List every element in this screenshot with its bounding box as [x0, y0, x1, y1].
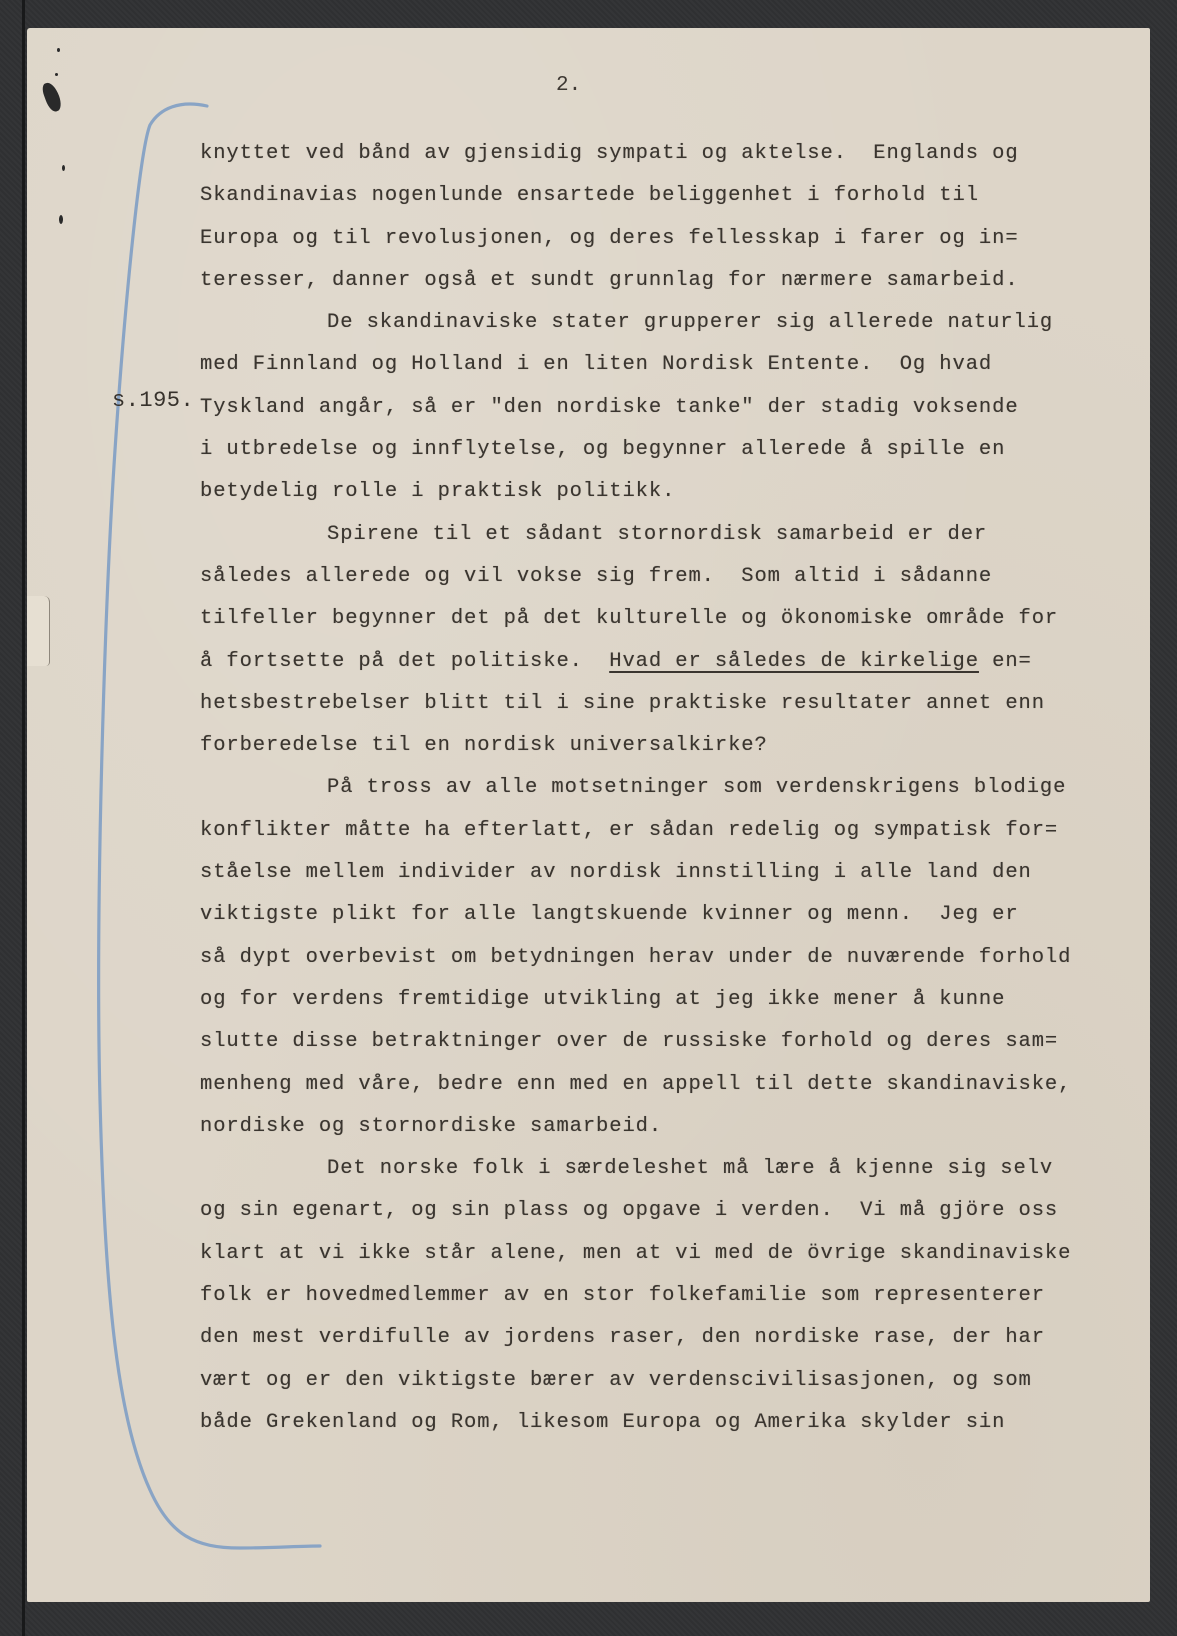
margin-page-reference: s.195. [112, 388, 194, 413]
text-line: vært og er den viktigste bærer av verden… [200, 1360, 1100, 1402]
ink-mark [55, 73, 58, 76]
paragraph-first-line: Spirene til et sådant stornordisk samarb… [200, 514, 1100, 556]
ink-mark [57, 48, 60, 52]
text-line: konflikter måtte ha efterlatt, er sådan … [200, 810, 1100, 852]
text-line: teresser, danner også et sundt grunnlag … [200, 260, 1100, 302]
text-line: således allerede og vil vokse sig frem. … [200, 556, 1100, 598]
ink-mark [59, 215, 63, 224]
underlined-phrase: Hvad er således de kirkelige [609, 650, 979, 673]
text-line: menheng med våre, bedre enn med en appel… [200, 1064, 1100, 1106]
text-line: Europa og til revolusjonen, og deres fel… [200, 218, 1100, 260]
typewritten-body: knyttet ved bånd av gjensidig sympati og… [200, 133, 1100, 1444]
ink-mark [62, 165, 65, 171]
text-line: Tyskland angår, så er "den nordiske tank… [200, 387, 1100, 429]
binding-edge [22, 0, 25, 1636]
paragraph-first-line: På tross av alle motsetninger som verden… [200, 767, 1100, 809]
text-line: tilfeller begynner det på det kulturelle… [200, 598, 1100, 640]
text-line: den mest verdifulle av jordens raser, de… [200, 1317, 1100, 1359]
text-line: og for verdens fremtidige utvikling at j… [200, 979, 1100, 1021]
text-line: i utbredelse og innflytelse, og begynner… [200, 429, 1100, 471]
text-line: folk er hovedmedlemmer av en stor folkef… [200, 1275, 1100, 1317]
text-line-with-underline: å fortsette på det politiske. Hvad er så… [200, 641, 1100, 683]
text-line: med Finnland og Holland i en liten Nordi… [200, 344, 1100, 386]
page-number: 2. [556, 74, 581, 97]
text-line: nordiske og stornordiske samarbeid. [200, 1106, 1100, 1148]
text-line: viktigste plikt for alle langtskuende kv… [200, 894, 1100, 936]
text-line: så dypt overbevist om betydningen herav … [200, 937, 1100, 979]
text-segment: å fortsette på det politiske. [200, 650, 609, 673]
paragraph-first-line: Det norske folk i særdeleshet må lære å … [200, 1148, 1100, 1190]
torn-paper-edge [27, 596, 50, 666]
text-line: slutte disse betraktninger over de russi… [200, 1021, 1100, 1063]
text-segment: en= [979, 650, 1032, 673]
text-line: hetsbestrebelser blitt til i sine prakti… [200, 683, 1100, 725]
paragraph-first-line: De skandinaviske stater grupperer sig al… [200, 302, 1100, 344]
text-line: både Grekenland og Rom, likesom Europa o… [200, 1402, 1100, 1444]
text-line: knyttet ved bånd av gjensidig sympati og… [200, 133, 1100, 175]
text-line: betydelig rolle i praktisk politikk. [200, 471, 1100, 513]
text-line: forberedelse til en nordisk universalkir… [200, 725, 1100, 767]
text-line: klart at vi ikke står alene, men at vi m… [200, 1233, 1100, 1275]
text-line: ståelse mellem individer av nordisk inns… [200, 852, 1100, 894]
text-line: og sin egenart, og sin plass og opgave i… [200, 1190, 1100, 1232]
text-line: Skandinavias nogenlunde ensartede beligg… [200, 175, 1100, 217]
